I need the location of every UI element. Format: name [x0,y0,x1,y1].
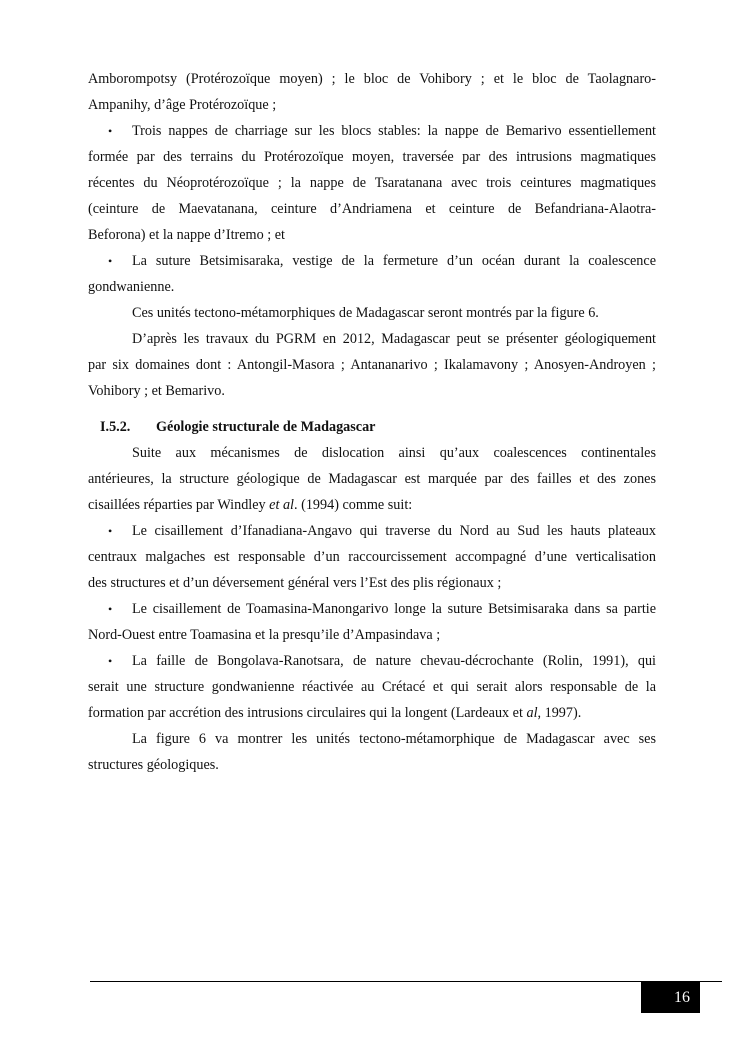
text-line: D’après les travaux du PGRM en 2012, Mad… [88,326,656,352]
text-line: gondwanienne. [88,274,656,300]
list-item: •La suture Betsimisaraka, vestige de la … [88,248,656,274]
bullet-icon: • [108,518,132,544]
text-line: Ces unités tectono-métamorphiques de Mad… [88,300,656,326]
text-line: (ceinture de Maevatanana, ceinture d’And… [88,196,656,222]
text-line: Beforona) et la nappe d’Itremo ; et [88,222,656,248]
page-number: 16 [641,982,700,1013]
list-item: •La faille de Bongolava-Ranotsara, de na… [88,648,656,674]
text-line: Suite aux mécanismes de dislocation ains… [88,440,656,466]
text-line: récentes du Néoprotérozoïque ; la nappe … [88,170,656,196]
text-line: des structures et d’un déversement génér… [88,570,656,596]
text-line: formation par accrétion des intrusions c… [88,700,656,726]
list-item: •Le cisaillement d’Ifanadiana-Angavo qui… [88,518,656,544]
text-line: Nord-Ouest entre Toamasina et la presqu’… [88,622,656,648]
bullet-icon: • [108,248,132,274]
text-line: formée par des terrains du Protérozoïque… [88,144,656,170]
text-line: centraux malgaches est responsable d’un … [88,544,656,570]
text-line: La figure 6 va montrer les unités tecton… [88,726,656,752]
text-line: cisaillées réparties par Windley et al. … [88,492,656,518]
text-line: structures géologiques. [88,752,656,778]
text-line: par six domaines dont : Antongil-Masora … [88,352,656,378]
bullet-icon: • [108,118,132,144]
text-line: serait une structure gondwanienne réacti… [88,674,656,700]
list-item: •Trois nappes de charriage sur les blocs… [88,118,656,144]
text-line: Ampanihy, d’âge Protérozoïque ; [88,92,656,118]
section-title: Géologie structurale de Madagascar [156,419,375,435]
section-number: I.5.2. [100,414,156,440]
section-heading: I.5.2.Géologie structurale de Madagascar [88,414,656,440]
footer-divider [90,981,722,982]
text-line: Amborompotsy (Protérozoïque moyen) ; le … [88,66,656,92]
list-item: •Le cisaillement de Toamasina-Manongariv… [88,596,656,622]
bullet-icon: • [108,596,132,622]
text-line: Vohibory ; et Bemarivo. [88,378,656,404]
document-body: Amborompotsy (Protérozoïque moyen) ; le … [88,66,656,778]
text-line: antérieures, la structure géologique de … [88,466,656,492]
bullet-icon: • [108,648,132,674]
